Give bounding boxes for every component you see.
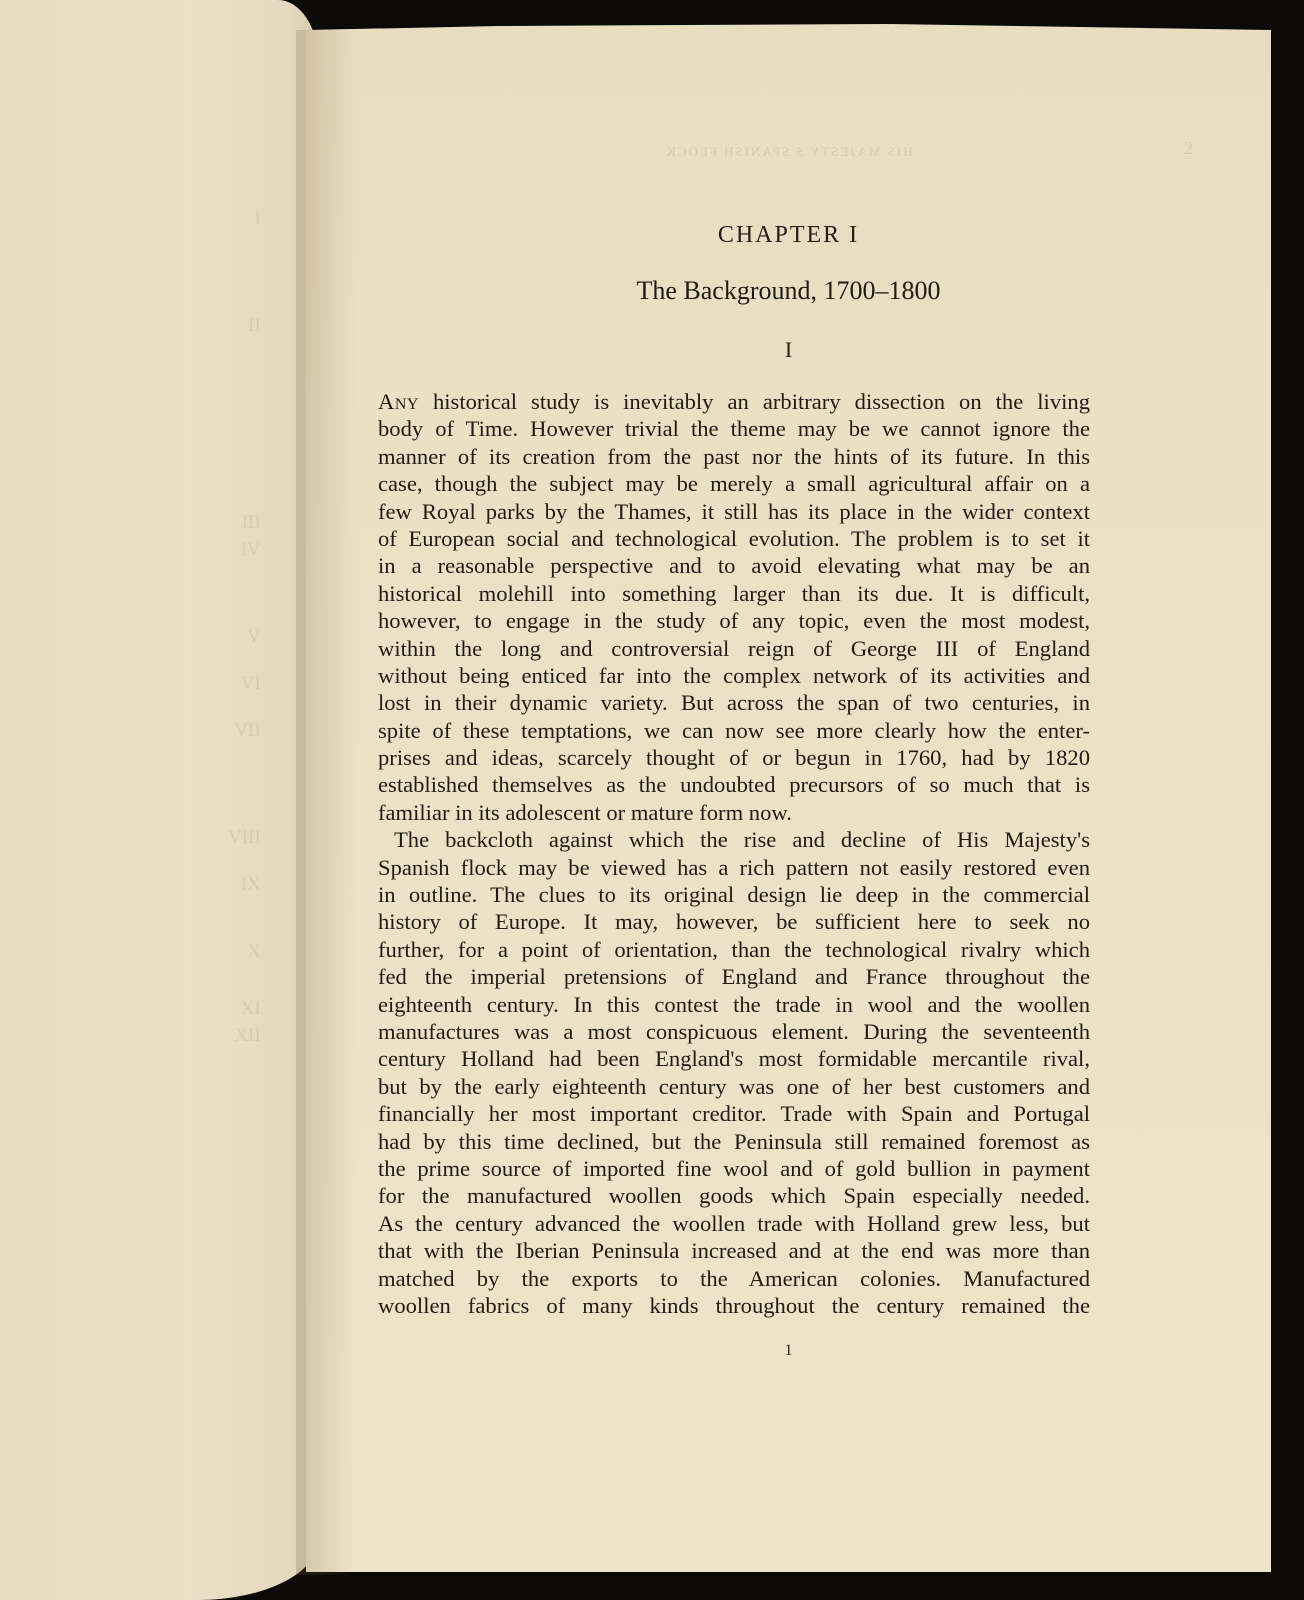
small-caps-lead: Any (378, 389, 419, 414)
text-line: further, for a point of orientation, tha… (378, 936, 1090, 963)
text-line: within the long and controversial reign … (378, 635, 1090, 662)
text-line: woollen fabrics of many kinds throughout… (378, 1292, 1090, 1319)
paragraph-2: The backcloth against which the rise and… (378, 826, 1090, 1319)
text-line: matched by the exports to the American c… (378, 1265, 1090, 1292)
text-line: spite of these temptations, we can now s… (378, 717, 1090, 744)
bleed-numeral: X (228, 938, 261, 965)
bleed-numeral: VII (228, 717, 261, 744)
text-line: for the manufactured woollen goods which… (378, 1182, 1090, 1209)
text-line: century Holland had been England's most … (378, 1045, 1090, 1072)
text-line: manner of its creation from the past nor… (378, 443, 1090, 470)
text-line: few Royal parks by the Thames, it still … (378, 498, 1090, 525)
text-line: the prime source of imported fine wool a… (378, 1155, 1090, 1182)
bleed-numeral: VIII (228, 824, 261, 851)
left-page-verso: I II III IV V VI VII VIII IX X XI XII (0, 0, 318, 1600)
text-line: case, though the subject may be merely a… (378, 470, 1090, 497)
text-line: but by the early eighteenth century was … (378, 1073, 1090, 1100)
text-line: established themselves as the undoubted … (378, 771, 1090, 798)
section-number: I (306, 337, 1271, 363)
text-line: As the century advanced the woollen trad… (378, 1210, 1090, 1237)
text-line: without being enticed far into the compl… (378, 662, 1090, 689)
bleed-numeral: XII (228, 1022, 261, 1049)
text-line: fed the imperial pretensions of England … (378, 963, 1090, 990)
text-line: history of Europe. It may, however, be s… (378, 908, 1090, 935)
text-line: The backcloth against which the rise and… (378, 826, 1090, 853)
text-line: financially her most important creditor.… (378, 1100, 1090, 1127)
bleed-through-running-header: HIS MAJESTY'S SPANISH FLOCK (306, 144, 1271, 160)
bleed-numeral: III (228, 509, 261, 536)
right-page-recto: HIS MAJESTY'S SPANISH FLOCK 2 CHAPTER I … (306, 22, 1271, 1572)
bleed-numeral: XI (228, 995, 261, 1022)
text-line: eighteenth century. In this contest the … (378, 991, 1090, 1018)
bleed-numeral: IV (228, 536, 261, 563)
text-line: body of Time. However trivial the theme … (378, 415, 1090, 442)
text-line: of European social and technological evo… (378, 525, 1090, 552)
body-text: Any historical study is inevitably an ar… (378, 388, 1090, 1319)
text-line: prises and ideas, scarcely thought of or… (378, 744, 1090, 771)
bleed-through-roman-numerals: I II III IV V VI VII VIII IX X XI XII (228, 205, 261, 1049)
text-line: had by this time declined, but the Penin… (378, 1128, 1090, 1155)
bleed-through-folio: 2 (1184, 138, 1193, 159)
bleed-numeral: VI (228, 670, 261, 697)
text-line: lost in their dynamic variety. But acros… (378, 689, 1090, 716)
bleed-numeral: I (228, 205, 261, 232)
page-number: 1 (306, 1342, 1271, 1360)
text-line: Spanish flock may be viewed has a rich p… (378, 854, 1090, 881)
bleed-numeral: II (228, 312, 261, 339)
text-line: that with the Iberian Peninsula increase… (378, 1237, 1090, 1264)
text-line: historical molehill into something large… (378, 580, 1090, 607)
bleed-numeral: V (228, 623, 261, 650)
paragraph-1: Any historical study is inevitably an ar… (378, 388, 1090, 826)
text-line: familiar in its adolescent or mature for… (378, 799, 1090, 826)
bleed-numeral: IX (228, 871, 261, 898)
text-line: however, to engage in the study of any t… (378, 607, 1090, 634)
text-line: in outline. The clues to its original de… (378, 881, 1090, 908)
chapter-title: The Background, 1700–1800 (306, 276, 1271, 306)
text-line: Any historical study is inevitably an ar… (378, 388, 1090, 415)
text-line: in a reasonable perspective and to avoid… (378, 552, 1090, 579)
chapter-label: CHAPTER I (306, 222, 1271, 249)
text-line: manufactures was a most conspicuous elem… (378, 1018, 1090, 1045)
